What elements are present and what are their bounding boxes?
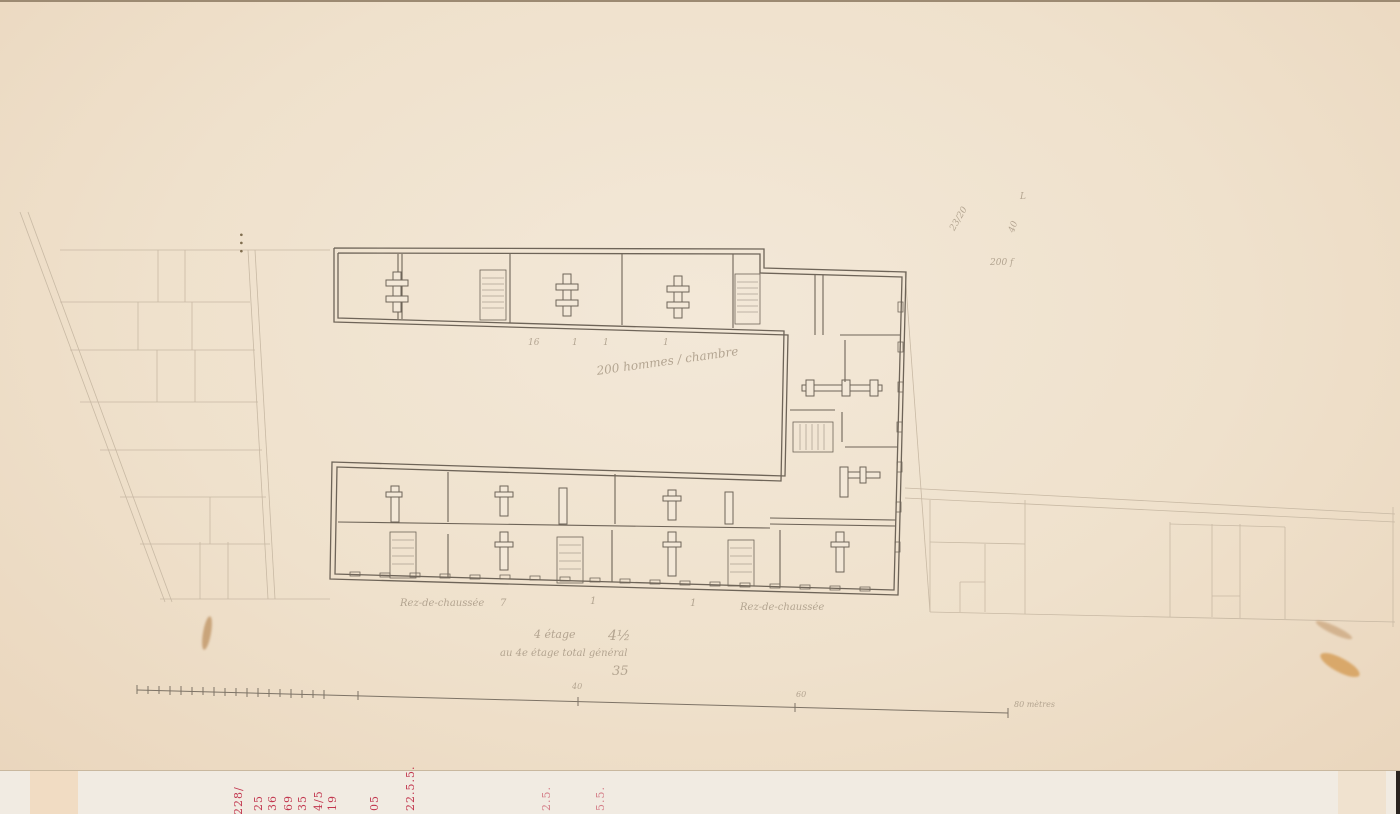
ledger-entry: 228/ bbox=[232, 786, 245, 814]
north-wing-partitions bbox=[398, 254, 823, 335]
below-plan-note: Rez-de-chaussée bbox=[740, 602, 824, 613]
pencil-neighbor-right bbox=[905, 272, 1395, 627]
pencil-neighbor-left bbox=[20, 212, 330, 602]
bay-number: 1 bbox=[663, 338, 669, 348]
floor-count: 35 bbox=[612, 664, 629, 679]
margin-note: L bbox=[1020, 192, 1026, 202]
sheet-edge bbox=[1396, 771, 1400, 814]
bay-number: 1 bbox=[572, 338, 578, 348]
underlying-ledger-sheet: 228/ 25 36 69 35 4/5 19 05 9. 22.5.5. 2.… bbox=[0, 770, 1400, 814]
floor-note: 4 étage bbox=[534, 628, 576, 641]
floor-plan-drawing bbox=[0, 2, 1400, 772]
below-plan-note: 1 bbox=[590, 596, 596, 607]
bay-number: 1 bbox=[603, 338, 609, 348]
margin-note: 200 f bbox=[990, 258, 1013, 268]
ledger-entry: 25 bbox=[252, 795, 265, 811]
paper-tab bbox=[1338, 771, 1386, 814]
ledger-entry: 19 bbox=[326, 795, 339, 811]
floor-note: au 4e étage total général bbox=[500, 648, 627, 659]
below-plan-note: Rez-de-chaussée bbox=[400, 598, 484, 609]
floor-count: 4½ bbox=[608, 628, 630, 644]
ledger-entry: 5.5. bbox=[594, 786, 607, 811]
ledger-entry: 2.5. bbox=[540, 786, 553, 811]
ledger-entry: 22.5.5. bbox=[404, 766, 417, 811]
scale-label: 40 bbox=[572, 682, 582, 691]
below-plan-note: 1 bbox=[690, 598, 696, 609]
scale-label: 80 mètres bbox=[1014, 700, 1055, 709]
chimney-stacks bbox=[386, 272, 882, 576]
ledger-entry: 69 bbox=[282, 795, 295, 811]
ledger-entry: 36 bbox=[266, 795, 279, 811]
ink-marks: • • • bbox=[238, 232, 248, 254]
ledger-entry: 35 bbox=[296, 795, 309, 811]
below-plan-note: 7 bbox=[500, 598, 506, 609]
paper-tab bbox=[30, 771, 78, 814]
ledger-entry: 4/5 bbox=[312, 790, 325, 811]
bay-number: 16 bbox=[528, 338, 539, 348]
drawing-sheet: 200 hommes / chambre 16 1 1 1 Rez-de-cha… bbox=[0, 0, 1400, 772]
wall-piers bbox=[350, 302, 903, 591]
scale-label: 60 bbox=[796, 690, 806, 699]
